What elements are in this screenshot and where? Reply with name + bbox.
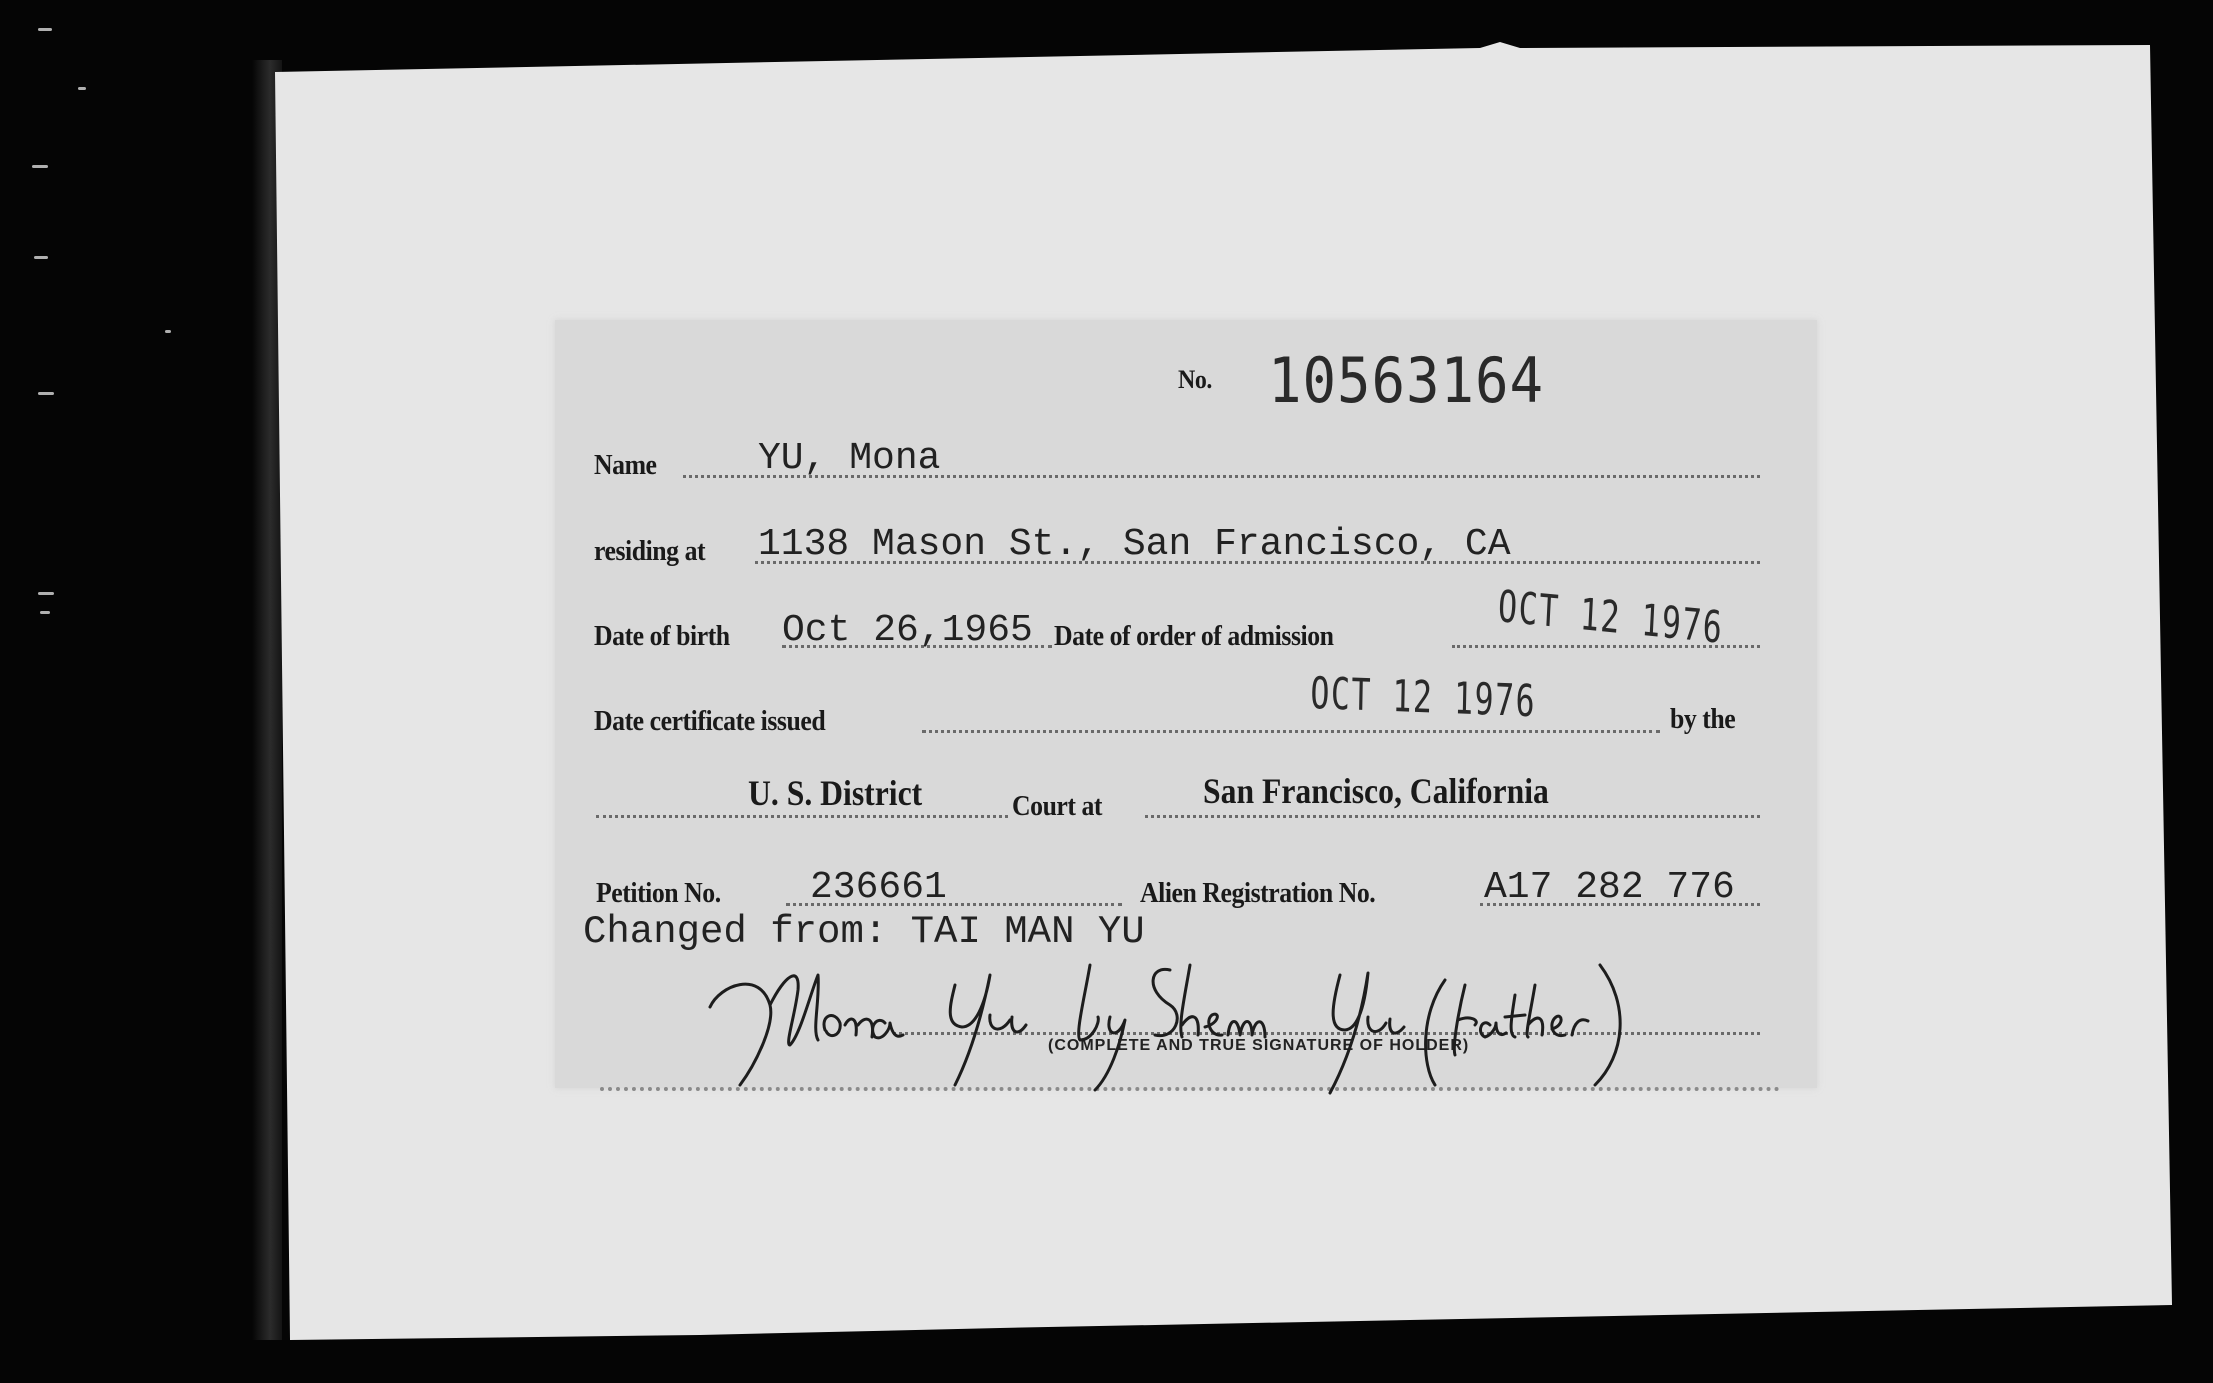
court-location: San Francisco, California xyxy=(1203,773,1549,809)
name-value: YU, Mona xyxy=(758,440,940,478)
by-the-label: by the xyxy=(1670,706,1735,734)
alien-registration-label: Alien Registration No. xyxy=(1140,880,1375,908)
dob-value: Oct 26,1965 xyxy=(782,612,1033,650)
court-location-line xyxy=(1145,815,1760,818)
admission-label: Date of order of admission xyxy=(1054,623,1333,651)
scan-artifact xyxy=(165,330,171,333)
alien-registration-value: A17 282 776 xyxy=(1484,869,1735,907)
scan-artifact xyxy=(40,611,50,614)
certificate-number: 10563164 xyxy=(1268,350,1544,412)
scan-artifact xyxy=(34,256,48,259)
residing-label: residing at xyxy=(594,538,705,566)
issued-date-stamp: OCT 12 1976 xyxy=(1310,672,1536,724)
court-at-label: Court at xyxy=(1012,793,1102,821)
residing-value: 1138 Mason St., San Francisco, CA xyxy=(758,526,1511,564)
court-name-line xyxy=(596,815,1008,818)
dob-label: Date of birth xyxy=(594,623,730,651)
petition-value: 236661 xyxy=(810,869,947,907)
name-label: Name xyxy=(594,452,657,480)
certificate-number-label: No. xyxy=(1178,367,1212,393)
scan-artifact xyxy=(38,392,54,395)
scan-artifact xyxy=(38,28,52,31)
court-name: U. S. District xyxy=(748,775,922,811)
scan-artifact xyxy=(78,87,86,90)
handwritten-signature xyxy=(700,945,1800,1095)
scan-artifact xyxy=(32,165,48,168)
issued-line xyxy=(922,730,1660,733)
scan-artifact xyxy=(38,592,54,595)
issued-label: Date certificate issued xyxy=(594,708,825,736)
petition-label: Petition No. xyxy=(596,880,721,908)
